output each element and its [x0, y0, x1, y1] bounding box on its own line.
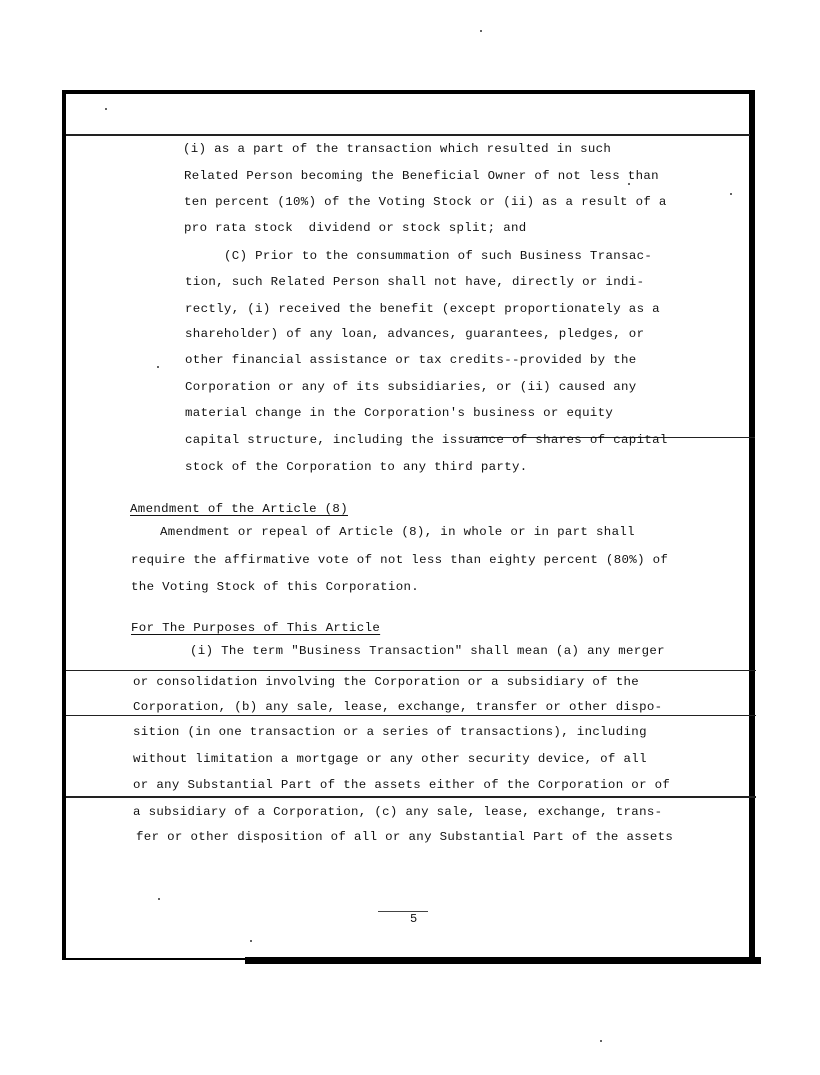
- scan-noise: [480, 30, 482, 32]
- text-line: or consolidation involving the Corporati…: [133, 675, 639, 689]
- scan-noise: [600, 1040, 602, 1042]
- text-line: without limitation a mortgage or any oth…: [133, 752, 647, 766]
- text-line: pro rata stock dividend or stock split; …: [184, 221, 527, 235]
- scan-noise: [628, 183, 630, 185]
- text-line: other financial assistance or tax credit…: [185, 353, 637, 367]
- scan-noise: [158, 898, 160, 900]
- text-line: Amendment or repeal of Article (8), in w…: [160, 525, 635, 539]
- text-line: ten percent (10%) of the Voting Stock or…: [184, 195, 684, 209]
- text-line: Corporation or any of its subsidiaries, …: [185, 380, 637, 394]
- text-line: rectly, (i) received the benefit (except…: [185, 302, 660, 316]
- text-line: Corporation, (b) any sale, lease, exchan…: [133, 700, 662, 714]
- scan-edge-bar: [245, 957, 761, 964]
- header-separator-rule: [66, 134, 750, 136]
- scan-noise: [730, 193, 732, 195]
- page-number-rule: [378, 911, 428, 912]
- text-line: shareholder) of any loan, advances, guar…: [185, 327, 644, 341]
- text-line: the Voting Stock of this Corporation.: [131, 580, 419, 594]
- text-line: or any Substantial Part of the assets ei…: [133, 778, 670, 792]
- text-line: (C) Prior to the consummation of such Bu…: [224, 249, 652, 263]
- text-line: a subsidiary of a Corporation, (c) any s…: [133, 805, 662, 819]
- scan-artifact-rule: [66, 670, 756, 671]
- text-line: material change in the Corporation's bus…: [185, 406, 613, 420]
- page-number: 5: [410, 912, 417, 926]
- scan-artifact-rule: [66, 796, 756, 798]
- scan-noise: [157, 366, 159, 368]
- text-line: fer or other disposition of all or any S…: [136, 830, 673, 844]
- section-heading-purposes: For The Purposes of This Article: [131, 621, 380, 635]
- text-line: require the affirmative vote of not less…: [131, 553, 668, 567]
- text-line: sition (in one transaction or a series o…: [133, 725, 647, 739]
- scan-noise: [250, 940, 252, 942]
- text-line: (i) as a part of the transaction which r…: [183, 142, 681, 156]
- text-line: (i) The term "Business Transaction" shal…: [190, 644, 665, 658]
- scan-noise: [105, 108, 107, 110]
- scan-artifact-rule: [66, 715, 756, 716]
- text-line: stock of the Corporation to any third pa…: [185, 460, 528, 474]
- text-line: Related Person becoming the Beneficial O…: [184, 169, 684, 183]
- text-line: capital structure, including the issuanc…: [185, 433, 668, 447]
- text-line: tion, such Related Person shall not have…: [185, 275, 644, 289]
- section-heading-amendment: Amendment of the Article (8): [130, 502, 348, 516]
